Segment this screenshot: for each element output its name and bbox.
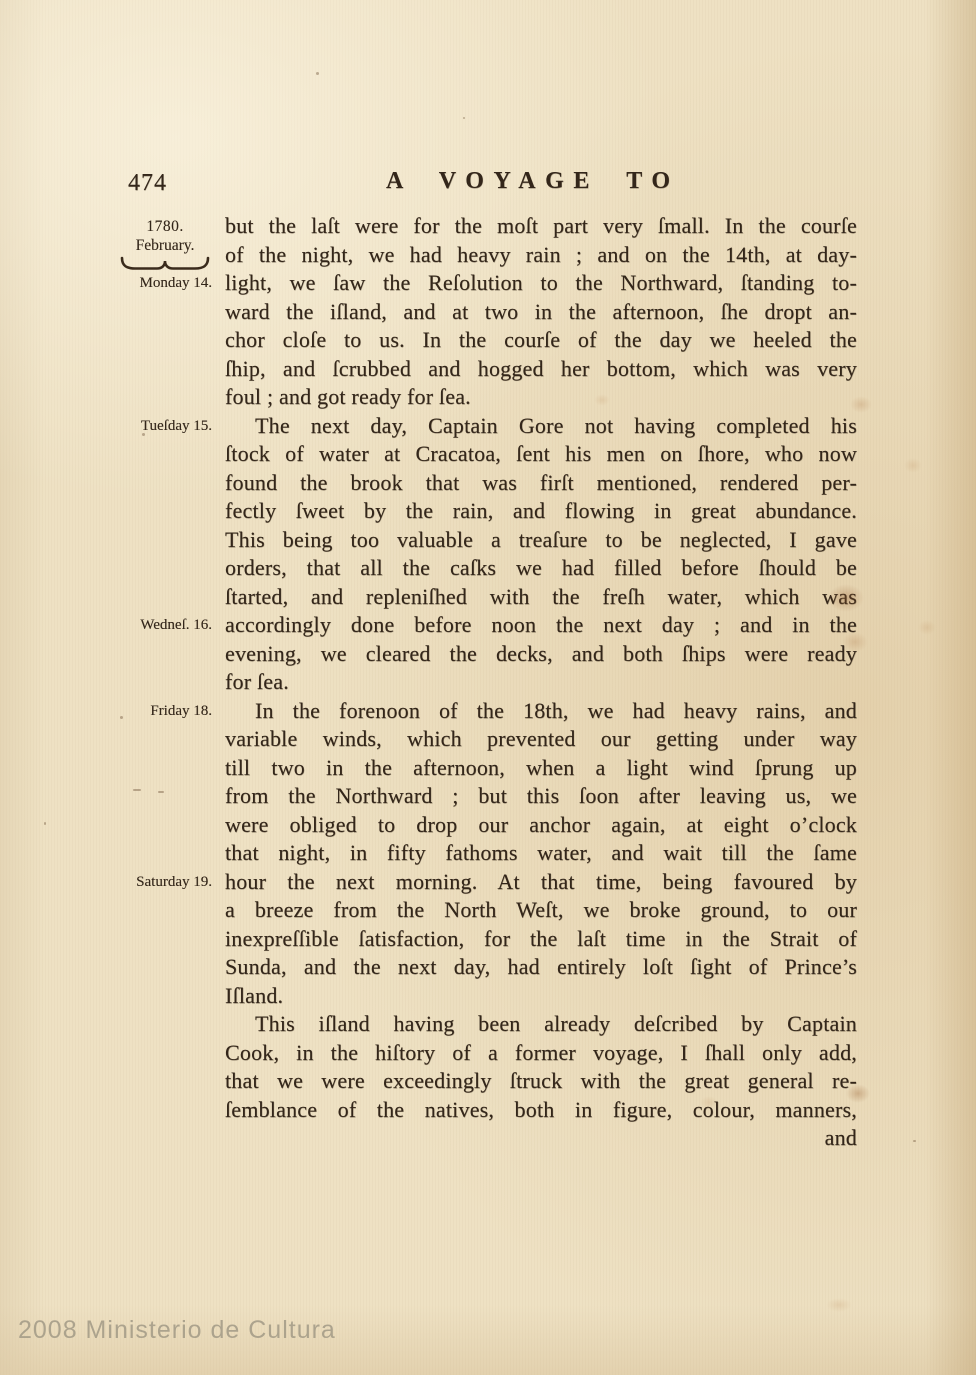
text-line: hour the next morning. At that time, bei… xyxy=(225,868,857,897)
text-line: This iſland having been already deſcribe… xyxy=(225,1010,857,1039)
margin-date-month: February. xyxy=(118,237,212,255)
text-line: The next day, Captain Gore not having co… xyxy=(225,412,857,441)
foxing-stain xyxy=(826,1298,852,1312)
text-line: were obliged to drop our anchor again, a… xyxy=(225,811,857,840)
paragraph: but the laſt were for the moſt part very… xyxy=(225,212,857,412)
text-line: ſtock of water at Cracatoa, ſent his men… xyxy=(225,440,857,469)
text-line: inexpreſſible ſatisfaction, for the laſt… xyxy=(225,925,857,954)
ink-speck xyxy=(316,72,319,75)
text-line: Iſland. xyxy=(225,982,857,1011)
text-line: variable winds, which prevented our gett… xyxy=(225,725,857,754)
text-line: that we were exceedingly ſtruck with the… xyxy=(225,1067,857,1096)
text-line: for ſea. xyxy=(225,668,857,697)
text-line: In the forenoon of the 18th, we had heav… xyxy=(225,697,857,726)
text-line: ward the iſland, and at two in the after… xyxy=(225,298,857,327)
book-page-scan: 474 A VOYAGE TO 1780. February. Monday 1… xyxy=(0,0,976,1375)
foxing-stain xyxy=(918,620,936,635)
text-line: of the night, we had heavy rain ; and on… xyxy=(225,241,857,270)
text-line: Sunda, and the next day, had entirely lo… xyxy=(225,953,857,982)
ink-speck xyxy=(463,117,465,119)
paragraph: This iſland having been already deſcribe… xyxy=(225,1010,857,1124)
text-line: ſtarted, and repleniſhed with the freſh … xyxy=(225,583,857,612)
ink-speck xyxy=(913,1140,916,1142)
text-line: but the laſt were for the moſt part very… xyxy=(225,212,857,241)
text-line: that night, in fifty fathoms water, and … xyxy=(225,839,857,868)
text-line: accordingly done before noon the next da… xyxy=(225,611,857,640)
catchword: and xyxy=(225,1124,857,1153)
margin-day-note: Wedneſ. 16. xyxy=(118,616,212,634)
text-line: orders, that all the caſks we had filled… xyxy=(225,554,857,583)
margin-day-note: Monday 14. xyxy=(118,274,212,292)
text-line: found the brook that was firſt mentioned… xyxy=(225,469,857,498)
foxing-stain xyxy=(904,458,922,473)
margin-day-note: Saturday 19. xyxy=(118,873,212,891)
body-text: but the laſt were for the moſt part very… xyxy=(225,212,857,1153)
text-line: evening, we cleared the decks, and both … xyxy=(225,640,857,669)
text-line: ſemblance of the natives, both in figure… xyxy=(225,1096,857,1125)
text-line: till two in the afternoon, when a light … xyxy=(225,754,857,783)
margin-day-note: Friday 18. xyxy=(118,702,212,720)
text-line: This being too valuable a treaſure to be… xyxy=(225,526,857,555)
paragraph: In the forenoon of the 18th, we had heav… xyxy=(225,697,857,1011)
running-header: A VOYAGE TO xyxy=(386,168,680,195)
text-line: Cook, in the hiſtory of a former voyage,… xyxy=(225,1039,857,1068)
text-line: from the Northward ; but this ſoon after… xyxy=(225,782,857,811)
text-line: a breeze from the North Weſt, we broke g… xyxy=(225,896,857,925)
text-line: foul ; and got ready for ſea. xyxy=(225,383,857,412)
text-line: chor cloſe to us. In the courſe of the d… xyxy=(225,326,857,355)
text-line: ſhip, and ſcrubbed and hogged her bottom… xyxy=(225,355,857,384)
ink-speck xyxy=(44,822,46,825)
margin-column: 1780. February. Monday 14.Tueſday 15.Wed… xyxy=(118,0,212,1375)
margin-date-year: 1780. xyxy=(118,218,212,236)
text-line: fectly ſweet by the rain, and flowing in… xyxy=(225,497,857,526)
text-line: light, we ſaw the Reſolution to the Nort… xyxy=(225,269,857,298)
paragraph: The next day, Captain Gore not having co… xyxy=(225,412,857,697)
watermark: 2008 Ministerio de Cultura xyxy=(18,1316,336,1345)
margin-day-note: Tueſday 15. xyxy=(118,417,212,435)
